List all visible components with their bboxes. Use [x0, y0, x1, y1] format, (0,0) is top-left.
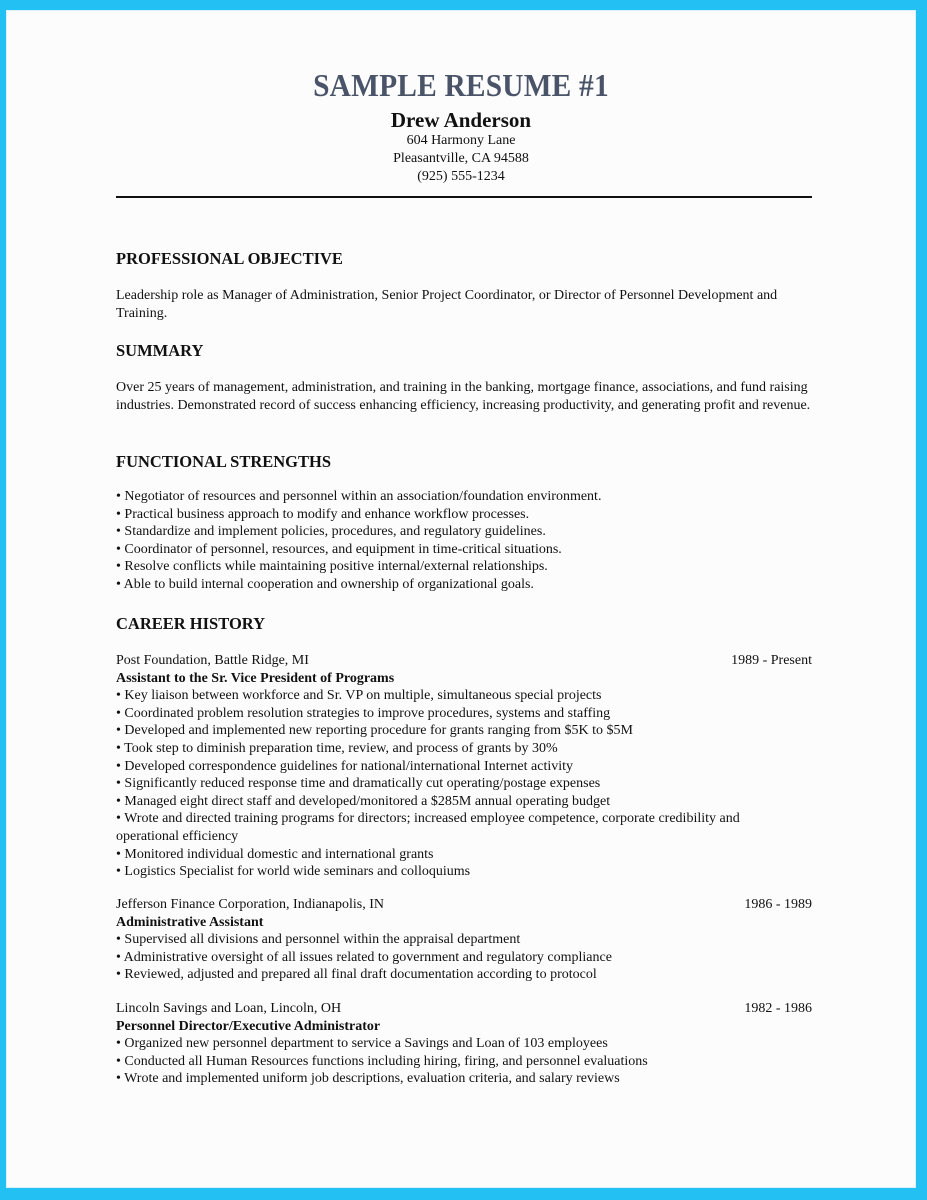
duty-item: • Monitored individual domestic and inte… — [116, 846, 806, 864]
strength-item: • Negotiator of resources and personnel … — [116, 488, 816, 506]
job-entry: Jefferson Finance Corporation, Indianapo… — [116, 896, 812, 984]
job-duties: • Supervised all divisions and personnel… — [116, 931, 806, 984]
phone-number: (925) 555-1234 — [7, 169, 915, 185]
duty-item: • Supervised all divisions and personnel… — [116, 931, 806, 949]
header-divider — [116, 196, 812, 198]
summary-heading: SUMMARY — [116, 341, 203, 361]
job-dates: 1989 - Present — [731, 652, 812, 670]
summary-text: Over 25 years of management, administrat… — [116, 379, 816, 415]
strength-item: • Coordinator of personnel, resources, a… — [116, 541, 816, 559]
job-employer: Jefferson Finance Corporation, Indianapo… — [116, 896, 384, 914]
duty-item: • Wrote and directed training programs f… — [116, 810, 806, 845]
duty-item: • Coordinated problem resolution strateg… — [116, 705, 806, 723]
candidate-name: Drew Anderson — [7, 108, 915, 133]
duty-item: • Developed correspondence guidelines fo… — [116, 758, 806, 776]
address-line-1: 604 Harmony Lane — [7, 133, 915, 149]
strength-item: • Standardize and implement policies, pr… — [116, 523, 816, 541]
document-title: SAMPLE RESUME #1 — [43, 67, 878, 104]
job-dates: 1982 - 1986 — [744, 1000, 812, 1018]
job-title: Personnel Director/Executive Administrat… — [116, 1018, 812, 1036]
address-line-2: Pleasantville, CA 94588 — [7, 151, 915, 167]
duty-item: • Administrative oversight of all issues… — [116, 949, 806, 967]
objective-heading: PROFESSIONAL OBJECTIVE — [116, 249, 343, 269]
strength-item: • Practical business approach to modify … — [116, 506, 816, 524]
job-duties: • Key liaison between workforce and Sr. … — [116, 687, 806, 881]
duty-item: • Key liaison between workforce and Sr. … — [116, 687, 806, 705]
duty-item: • Organized new personnel department to … — [116, 1035, 806, 1053]
duty-item: • Reviewed, adjusted and prepared all fi… — [116, 966, 806, 984]
strength-item: • Able to build internal cooperation and… — [116, 576, 816, 594]
job-employer: Post Foundation, Battle Ridge, MI — [116, 652, 309, 670]
job-title: Assistant to the Sr. Vice President of P… — [116, 670, 812, 688]
duty-item: • Took step to diminish preparation time… — [116, 740, 806, 758]
job-duties: • Organized new personnel department to … — [116, 1035, 806, 1088]
strengths-heading: FUNCTIONAL STRENGTHS — [116, 452, 331, 472]
strength-item: • Resolve conflicts while maintaining po… — [116, 558, 816, 576]
job-entry: Lincoln Savings and Loan, Lincoln, OH 19… — [116, 1000, 812, 1088]
objective-text: Leadership role as Manager of Administra… — [116, 287, 816, 323]
job-entry: Post Foundation, Battle Ridge, MI 1989 -… — [116, 652, 812, 881]
duty-item: • Developed and implemented new reportin… — [116, 722, 806, 740]
duty-item: • Managed eight direct staff and develop… — [116, 793, 806, 811]
duty-item: • Logistics Specialist for world wide se… — [116, 863, 806, 881]
job-title: Administrative Assistant — [116, 914, 812, 932]
duty-item: • Conducted all Human Resources function… — [116, 1053, 806, 1071]
career-heading: CAREER HISTORY — [116, 614, 265, 634]
resume-page: SAMPLE RESUME #1 Drew Anderson 604 Harmo… — [7, 11, 915, 1187]
job-employer: Lincoln Savings and Loan, Lincoln, OH — [116, 1000, 341, 1018]
strengths-list: • Negotiator of resources and personnel … — [116, 488, 816, 594]
job-dates: 1986 - 1989 — [744, 896, 812, 914]
duty-item: • Wrote and implemented uniform job desc… — [116, 1070, 806, 1088]
duty-item: • Significantly reduced response time an… — [116, 775, 806, 793]
